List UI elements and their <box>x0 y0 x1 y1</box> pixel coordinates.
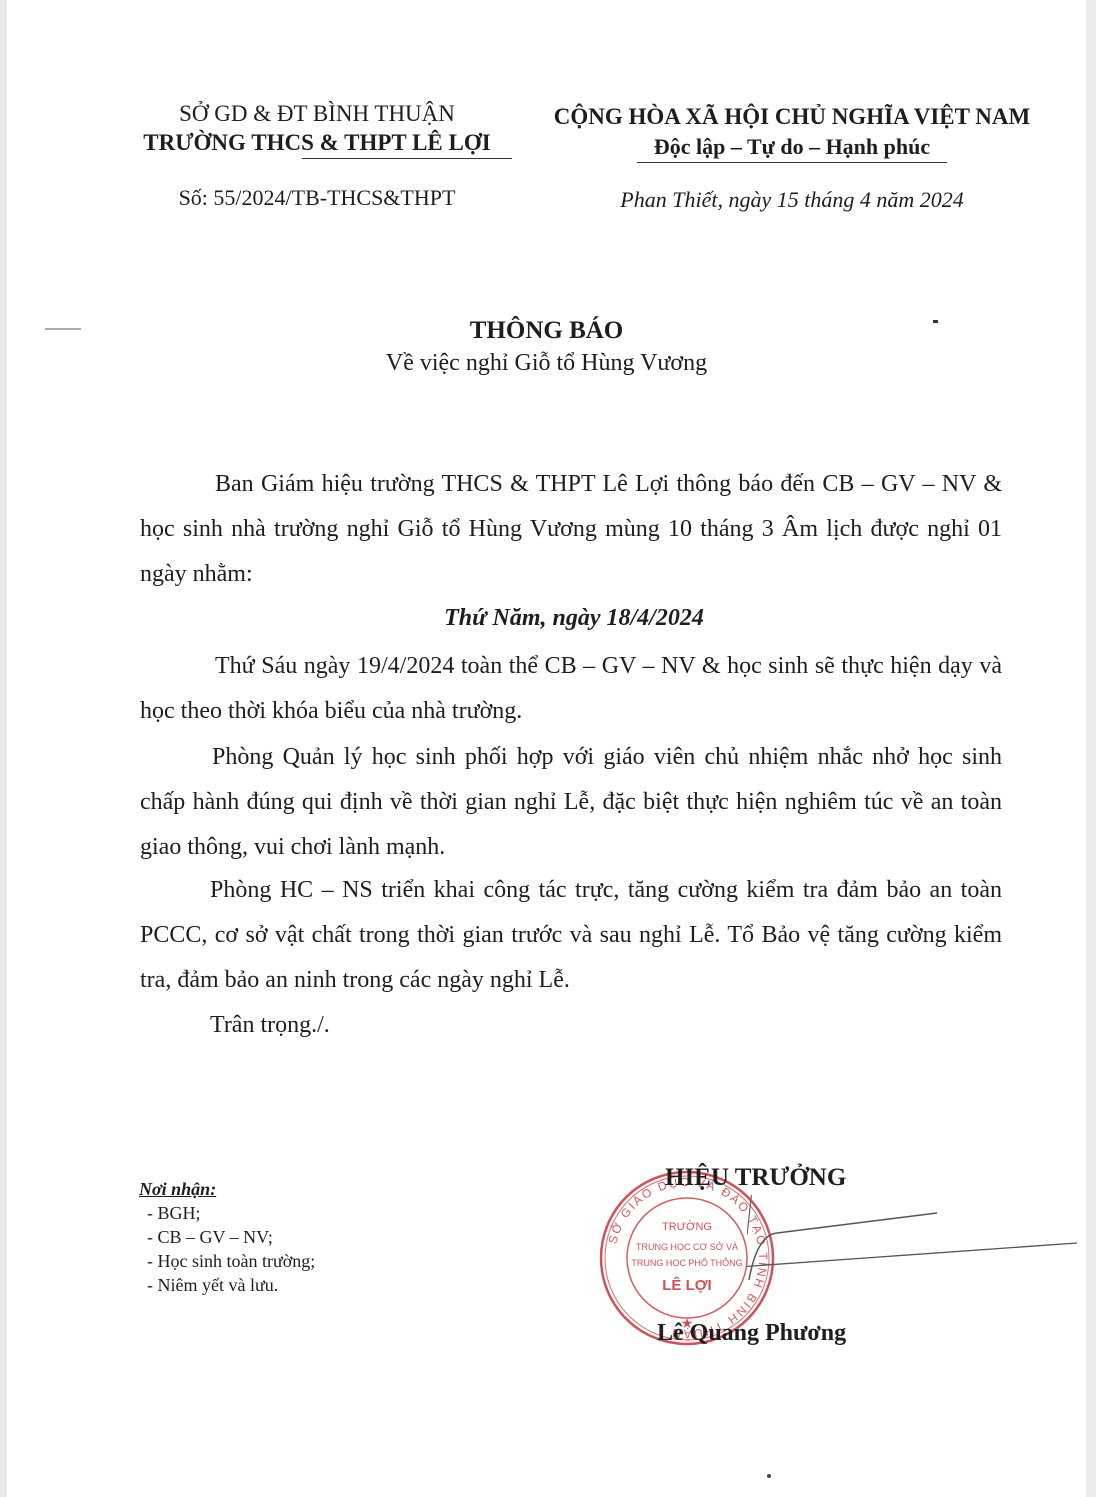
recipient-item: - Học sinh toàn trường; <box>139 1249 315 1273</box>
school-name: TRƯỜNG THCS & THPT LÊ LỢI <box>117 128 517 158</box>
handwritten-signature <box>747 1195 1087 1295</box>
holiday-date: Thứ Năm, ngày 18/4/2024 <box>7 605 1096 632</box>
document-number: Số: 55/2024/TB-THCS&THPT <box>117 185 517 211</box>
svg-text:TRƯỜNG: TRƯỜNG <box>662 1220 712 1233</box>
scan-edge-right <box>1086 0 1096 1497</box>
scan-artifact <box>767 1474 771 1478</box>
svg-text:TRUNG HỌC CƠ SỞ VÀ: TRUNG HỌC CƠ SỞ VÀ <box>636 1241 738 1252</box>
divider <box>637 162 947 163</box>
signer-name: Lê Quang Phương <box>657 1320 846 1347</box>
recipient-item: - CB – GV – NV; <box>139 1225 315 1249</box>
body-paragraph: Phòng HC – NS triển khai công tác trực, … <box>140 868 1002 1003</box>
national-motto: Độc lập – Tự do – Hạnh phúc <box>527 132 1057 162</box>
national-header-block: CỘNG HÒA XÃ HỘI CHỦ NGHĨA VIỆT NAM Độc l… <box>527 102 1057 163</box>
agency-name: SỞ GD & ĐT BÌNH THUẬN <box>117 100 517 128</box>
place-date: Phan Thiết, ngày 15 tháng 4 năm 2024 <box>527 187 1057 213</box>
document-subtitle: Về việc nghỉ Giỗ tổ Hùng Vương <box>7 350 1086 377</box>
recipients-block: Nơi nhận: - BGH; - CB – GV – NV; - Học s… <box>139 1177 315 1297</box>
body-paragraph: Phòng Quản lý học sinh phối hợp với giáo… <box>140 735 1002 870</box>
issuing-authority-block: SỞ GD & ĐT BÌNH THUẬN TRƯỜNG THCS & THPT… <box>117 100 517 159</box>
body-paragraph: Thứ Sáu ngày 19/4/2024 toàn thể CB – GV … <box>140 644 1002 734</box>
signer-position: HIỆU TRƯỞNG <box>665 1164 846 1192</box>
scan-edge-left <box>0 0 7 1497</box>
divider <box>302 158 512 159</box>
document-title: THÔNG BÁO <box>7 317 1086 345</box>
recipient-item: - Niêm yết và lưu. <box>139 1273 315 1297</box>
svg-text:TRUNG HỌC PHỔ THÔNG: TRUNG HỌC PHỔ THÔNG <box>631 1257 742 1268</box>
recipients-title: Nơi nhận: <box>139 1177 315 1201</box>
recipient-item: - BGH; <box>139 1201 315 1225</box>
document-page: SỞ GD & ĐT BÌNH THUẬN TRƯỜNG THCS & THPT… <box>7 0 1086 1497</box>
svg-text:LÊ LỢI: LÊ LỢI <box>662 1276 711 1294</box>
nation-name: CỘNG HÒA XÃ HỘI CHỦ NGHĨA VIỆT NAM <box>527 102 1057 132</box>
body-paragraph: Ban Giám hiệu trường THCS & THPT Lê Lợi … <box>140 462 1002 597</box>
closing-text: Trân trọng./. <box>140 1003 1002 1048</box>
